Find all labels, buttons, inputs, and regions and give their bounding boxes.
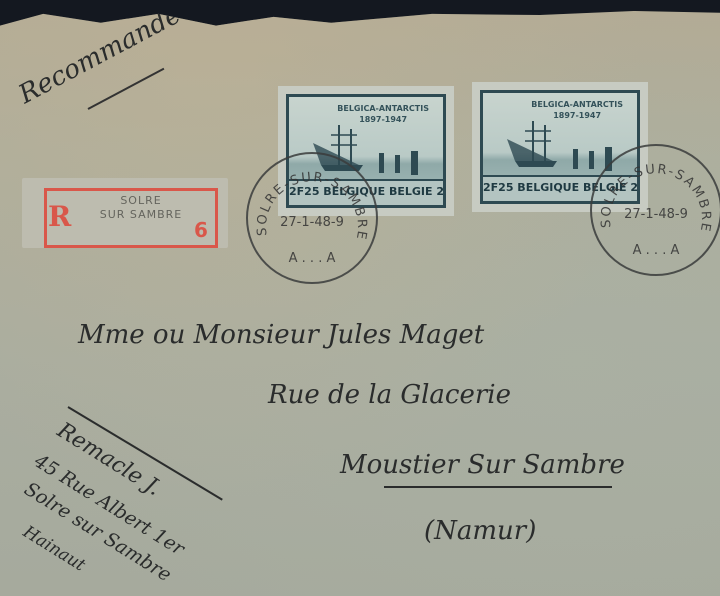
registration-office: SOLRE SUR SAMBRE [86,194,196,222]
recipient-town: Moustier Sur Sambre [340,450,625,480]
ship-icon [505,117,565,173]
stamp-caption-title: BELGICA-ANTARCTIS [531,99,623,110]
svg-text:A . . . A: A . . . A [289,251,336,266]
postmark: SOLRE-SUR-SAMBRE 27-1-48-9 A . . . A [246,152,378,284]
registration-office-line2: SUR SAMBRE [86,208,196,222]
registration-office-line1: SOLRE [86,194,196,208]
registered-annotation: Recommandée [14,0,200,110]
town-underline [384,486,612,488]
recipient-province: (Namur) [424,516,536,546]
registration-number: 6 [194,218,208,242]
annotation-underline [88,68,165,110]
svg-text:SOLRE-SUR-SAMBRE: SOLRE-SUR-SAMBRE [599,162,713,234]
postmark-cancel-icon: SOLRE-SUR-SAMBRE 27-1-48-9 A . . . A [248,154,376,282]
registration-label: R SOLRE SUR SAMBRE 6 [22,178,228,248]
svg-text:27-1-48-9: 27-1-48-9 [624,207,688,222]
stamp-caption-title: BELGICA-ANTARCTIS [337,103,429,114]
envelope: Recommandée R SOLRE SUR SAMBRE 6 BELGICA… [0,8,720,596]
svg-text:A . . . A: A . . . A [633,243,680,258]
recipient-name: Mme ou Monsieur Jules Maget [78,320,484,350]
postmark: SOLRE-SUR-SAMBRE 27-1-48-9 A . . . A [590,144,720,276]
svg-text:27-1-48-9: 27-1-48-9 [280,215,344,230]
registration-letter: R [48,200,71,233]
recipient-street: Rue de la Glacerie [268,380,511,410]
svg-text:SOLRE-SUR-SAMBRE: SOLRE-SUR-SAMBRE [255,170,369,242]
explorers-icon [375,149,435,179]
postmark-cancel-icon: SOLRE-SUR-SAMBRE 27-1-48-9 A . . . A [592,146,720,274]
